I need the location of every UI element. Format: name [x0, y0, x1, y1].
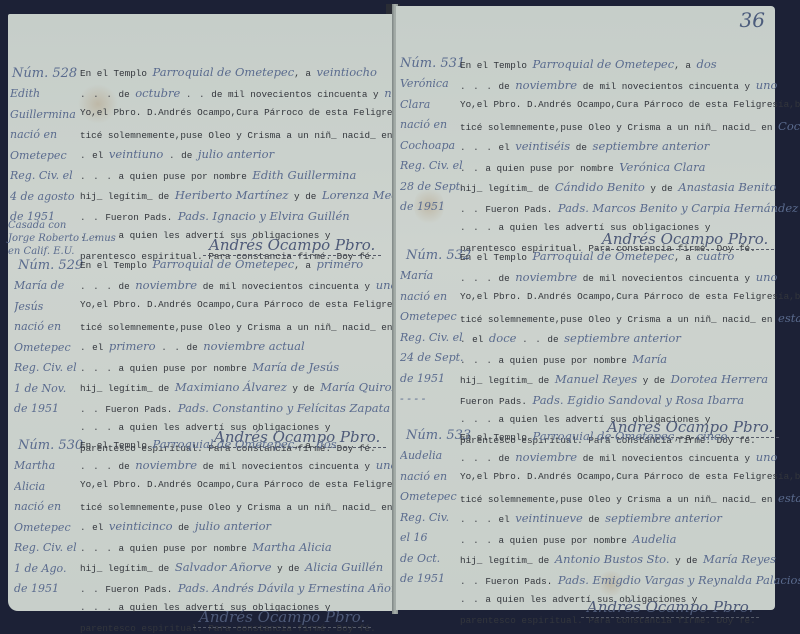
- baptism-month: noviembre: [135, 458, 197, 472]
- margin-notes: Martha Alicia nació en Ometepec Reg. Civ…: [14, 456, 84, 600]
- margin-line: Jesús: [14, 297, 84, 318]
- form-text: hij_ legítim_ de: [460, 375, 549, 386]
- form-text: de mil novecientos cincuenta y: [203, 461, 370, 472]
- margin-line: de 1951: [14, 399, 84, 420]
- form-text: ticé solemnemente,puse Oleo y Crisma a u…: [460, 314, 772, 325]
- mother-name: María Quiroz: [320, 380, 397, 394]
- birth-month: noviembre actual: [203, 339, 304, 353]
- form-text: y de: [643, 375, 665, 386]
- birth-day: doce: [489, 331, 517, 345]
- birthplace: esta ciudad: [778, 491, 800, 505]
- baptism-month: noviembre: [515, 78, 577, 92]
- form-text: hij_ legítim_ de: [460, 183, 549, 194]
- entry-body: En el Templo Parroquial de Ometepec, a d…: [460, 54, 760, 259]
- godparents: Pads. Andrés Dávila y Ernestina Añorve: [178, 581, 410, 595]
- margin-line: Ometepec: [10, 146, 80, 167]
- entry-number: Núm. 528: [12, 66, 77, 81]
- entry-number: Núm. 529: [18, 258, 83, 273]
- margin-line: nació en: [14, 317, 84, 338]
- margin-line: nació en: [10, 125, 80, 146]
- baptism-month: noviembre: [515, 450, 577, 464]
- margin-line: Martha: [14, 456, 84, 477]
- form-text: de mil novecientos cincuenta y: [583, 81, 750, 92]
- margin-line: Reg. Civ. el: [14, 538, 84, 559]
- open-register-book: Núm. 528 Edith Guillermina nació en Omet…: [0, 0, 800, 634]
- mother-name: María Reyes: [703, 552, 776, 566]
- margin-notes: Edith Guillermina nació en Ometepec Reg.…: [10, 84, 80, 228]
- birth-month: septiembre anterior: [593, 139, 710, 153]
- page-number: 36: [740, 8, 765, 32]
- form-text: En el Templo: [80, 260, 147, 271]
- birth-month: septiembre anterior: [564, 331, 681, 345]
- priest-signature: Andrés Ocampo Pbro.: [581, 598, 759, 618]
- entry-530: Núm. 530 Martha Alicia nació en Ometepec…: [8, 446, 394, 606]
- baptism-day: dos: [697, 57, 717, 71]
- margin-line: Ometepec: [14, 338, 84, 359]
- baptism-month: noviembre: [135, 278, 197, 292]
- form-text: Fueron Pads.: [105, 584, 172, 595]
- baptism-day: veintiocho: [317, 65, 377, 79]
- form-text: ticé solemnemente,puse Oleo y Crisma a u…: [80, 322, 392, 333]
- form-text: y de: [675, 555, 697, 566]
- margin-line: nació en: [14, 497, 84, 518]
- birth-day: veintiséis: [515, 139, 570, 153]
- left-page: Núm. 528 Edith Guillermina nació en Omet…: [8, 14, 394, 611]
- entry-body: En el Templo Parroquial de Ometepec, a d…: [80, 434, 380, 634]
- form-text: Fueron Pads.: [485, 576, 552, 587]
- margin-line: Guillermina: [10, 105, 80, 126]
- temple-name: Parroquial de Ometepec: [153, 257, 295, 271]
- margin-line: 4 de agosto: [10, 187, 80, 208]
- margin-line: Reg. Civ. el: [10, 166, 80, 187]
- father-name: Cándido Benito: [555, 180, 645, 194]
- form-text: ticé solemnemente,puse Oleo y Crisma a u…: [80, 130, 392, 141]
- baptism-day: cinco: [697, 429, 728, 443]
- year-suffix: uno: [756, 450, 778, 464]
- temple-name: Parroquial de Ometepec: [533, 249, 675, 263]
- form-text: Yo,el Pbro. D.Andrés Ocampo,Cura Párroco…: [80, 475, 380, 496]
- form-text: de mil novecientos cincuenta y: [583, 273, 750, 284]
- form-text: Fueron Pads.: [105, 404, 172, 415]
- margin-line: Alicia: [14, 477, 84, 498]
- form-text: hij_ legítim_ de: [460, 555, 549, 566]
- margin-line: 1 de Ago.: [14, 559, 84, 580]
- temple-name: Parroquial de Ometepec: [153, 65, 295, 79]
- margin-line: Reg. Civ. el: [14, 358, 84, 379]
- form-text: y de: [294, 191, 316, 202]
- note-line: Jorge Roberto Lemus: [8, 232, 116, 245]
- form-text: En el Templo: [460, 252, 527, 263]
- entry-531: Núm. 531 Verónica Clara nació en Cochoap…: [396, 62, 775, 252]
- form-text: En el Templo: [460, 60, 527, 71]
- note-line: Casada con: [8, 219, 116, 232]
- form-text: a quien puse por nombre: [499, 355, 627, 366]
- form-text: de mil novecientos cincuenta y: [583, 453, 750, 464]
- godparents: Pads. Constantino y Felícitas Zapata: [178, 401, 390, 415]
- margin-notes: María de Jesús nació en Ometepec Reg. Ci…: [14, 276, 84, 420]
- form-text: Fueron Pads.: [460, 396, 527, 407]
- form-text: y de: [292, 383, 314, 394]
- form-text: ticé solemnemente,puse Oleo y Crisma a u…: [80, 502, 392, 513]
- baptism-month: octubre: [135, 86, 180, 100]
- temple-name: Parroquial de Ometepec: [153, 437, 295, 451]
- godparents: Pads. Marcos Benito y Carpia Hernández: [558, 201, 798, 215]
- birth-day: primero: [109, 339, 156, 353]
- mother-name: Alicia Guillén: [305, 560, 383, 574]
- baptized-name: María de Jesús: [252, 360, 339, 374]
- form-text: En el Templo: [80, 68, 147, 79]
- form-text: En el Templo: [460, 432, 527, 443]
- baptism-day: cuatro: [697, 249, 735, 263]
- mother-name: Anastasia Benito: [678, 180, 776, 194]
- form-text: Yo,el Pbro. D.Andrés Ocampo,Cura Párroco…: [460, 467, 760, 488]
- birth-month: julio anterior: [198, 147, 274, 161]
- temple-name: Parroquial de Ometepec: [533, 57, 675, 71]
- margin-line: de 1951: [14, 579, 84, 600]
- birth-month: julio anterior: [195, 519, 271, 533]
- entry-533: Núm. 533 Audelia nació en Ometepec Reg. …: [396, 438, 775, 598]
- margin-line: Ometepec: [14, 518, 84, 539]
- godparents: Pads. Ignacio y Elvira Guillén: [178, 209, 350, 223]
- form-text: Fueron Pads.: [485, 204, 552, 215]
- year-suffix: uno: [756, 78, 778, 92]
- birth-day: veintinueve: [515, 511, 583, 525]
- birth-day: veintiuno: [109, 147, 163, 161]
- form-text: Yo,el Pbro. D.Andrés Ocampo,Cura Párroco…: [80, 295, 380, 316]
- father-name: Salvador Añorve: [175, 560, 272, 574]
- priest-signature: Andrés Ocampo Pbro.: [193, 608, 371, 628]
- form-text: a quien puse por nombre: [119, 543, 247, 554]
- form-text: En el Templo: [80, 440, 147, 451]
- margin-line: Edith: [10, 84, 80, 105]
- form-text: a quien puse por nombre: [499, 535, 627, 546]
- form-text: a quien puse por nombre: [119, 171, 247, 182]
- baptized-name: Verónica Clara: [619, 160, 705, 174]
- birthplace: Cochoapa: [778, 119, 800, 133]
- birthplace: esta ciudad: [778, 311, 800, 325]
- form-text: ticé solemnemente,puse Oleo y Crisma a u…: [460, 494, 772, 505]
- entry-number: Núm. 531: [400, 56, 465, 71]
- baptized-name: María: [632, 352, 667, 366]
- year-suffix: uno: [756, 270, 778, 284]
- entry-528: Núm. 528 Edith Guillermina nació en Omet…: [8, 66, 394, 256]
- baptism-day: primero: [317, 257, 364, 271]
- godparents: Pads. Emigdio Vargas y Reynalda Palacios: [558, 573, 800, 587]
- form-text: ticé solemnemente,puse Oleo y Crisma a u…: [460, 122, 772, 133]
- baptized-name: Martha Alicia: [252, 540, 331, 554]
- margin-line: 1 de Nov.: [14, 379, 84, 400]
- father-name: Heriberto Martínez: [175, 188, 289, 202]
- form-text: a quien puse por nombre: [485, 163, 613, 174]
- entry-number: Núm. 530: [18, 438, 83, 453]
- mother-name: Dorotea Herrera: [671, 372, 769, 386]
- birth-month: septiembre anterior: [605, 511, 722, 525]
- form-text: y de: [650, 183, 672, 194]
- form-text: Yo,el Pbro. D.Andrés Ocampo,Cura Párroco…: [460, 287, 760, 308]
- father-name: Manuel Reyes: [555, 372, 637, 386]
- baptized-name: Audelia: [632, 532, 676, 546]
- godparents: Pads. Egidio Sandoval y Rosa Ibarra: [533, 393, 745, 407]
- form-text: de mil novecientos cincuenta y: [203, 281, 370, 292]
- margin-line: María de: [14, 276, 84, 297]
- baptism-month: noviembre: [515, 270, 577, 284]
- birth-day: veinticinco: [109, 519, 173, 533]
- marriage-note: Casada con Jorge Roberto Lemus en Calif.…: [8, 219, 116, 258]
- entry-532: Núm. 532 María nació en Ometepec Reg. Ci…: [396, 258, 775, 418]
- form-text: hij_ legítim_ de: [80, 191, 169, 202]
- form-text: y de: [277, 563, 299, 574]
- baptism-day: dos: [317, 437, 337, 451]
- baptized-name: Edith Guillermina: [252, 168, 356, 182]
- form-text: hij_ legítim_ de: [80, 563, 169, 574]
- form-text: Yo,el Pbro. D.Andrés Ocampo,Cura Párroco…: [460, 95, 760, 116]
- father-name: Antonio Bustos Sto.: [555, 552, 670, 566]
- form-text: a quien puse por nombre: [119, 363, 247, 374]
- temple-name: Parroquial de Ometepec: [533, 429, 675, 443]
- entry-529: Núm. 529 María de Jesús nació en Ometepe…: [8, 266, 394, 426]
- form-text: de mil novecientos cincuenta y: [211, 89, 378, 100]
- priest-signature: Andrés Ocampo Pbro.: [203, 236, 381, 256]
- form-text: Yo,el Pbro. D.Andrés Ocampo,Cura Párroco…: [80, 103, 380, 124]
- form-text: hij_ legítim_ de: [80, 383, 169, 394]
- father-name: Maximiano Álvarez: [175, 380, 287, 394]
- right-page: 36 Núm. 531 Verónica Clara nació en Coch…: [396, 6, 775, 610]
